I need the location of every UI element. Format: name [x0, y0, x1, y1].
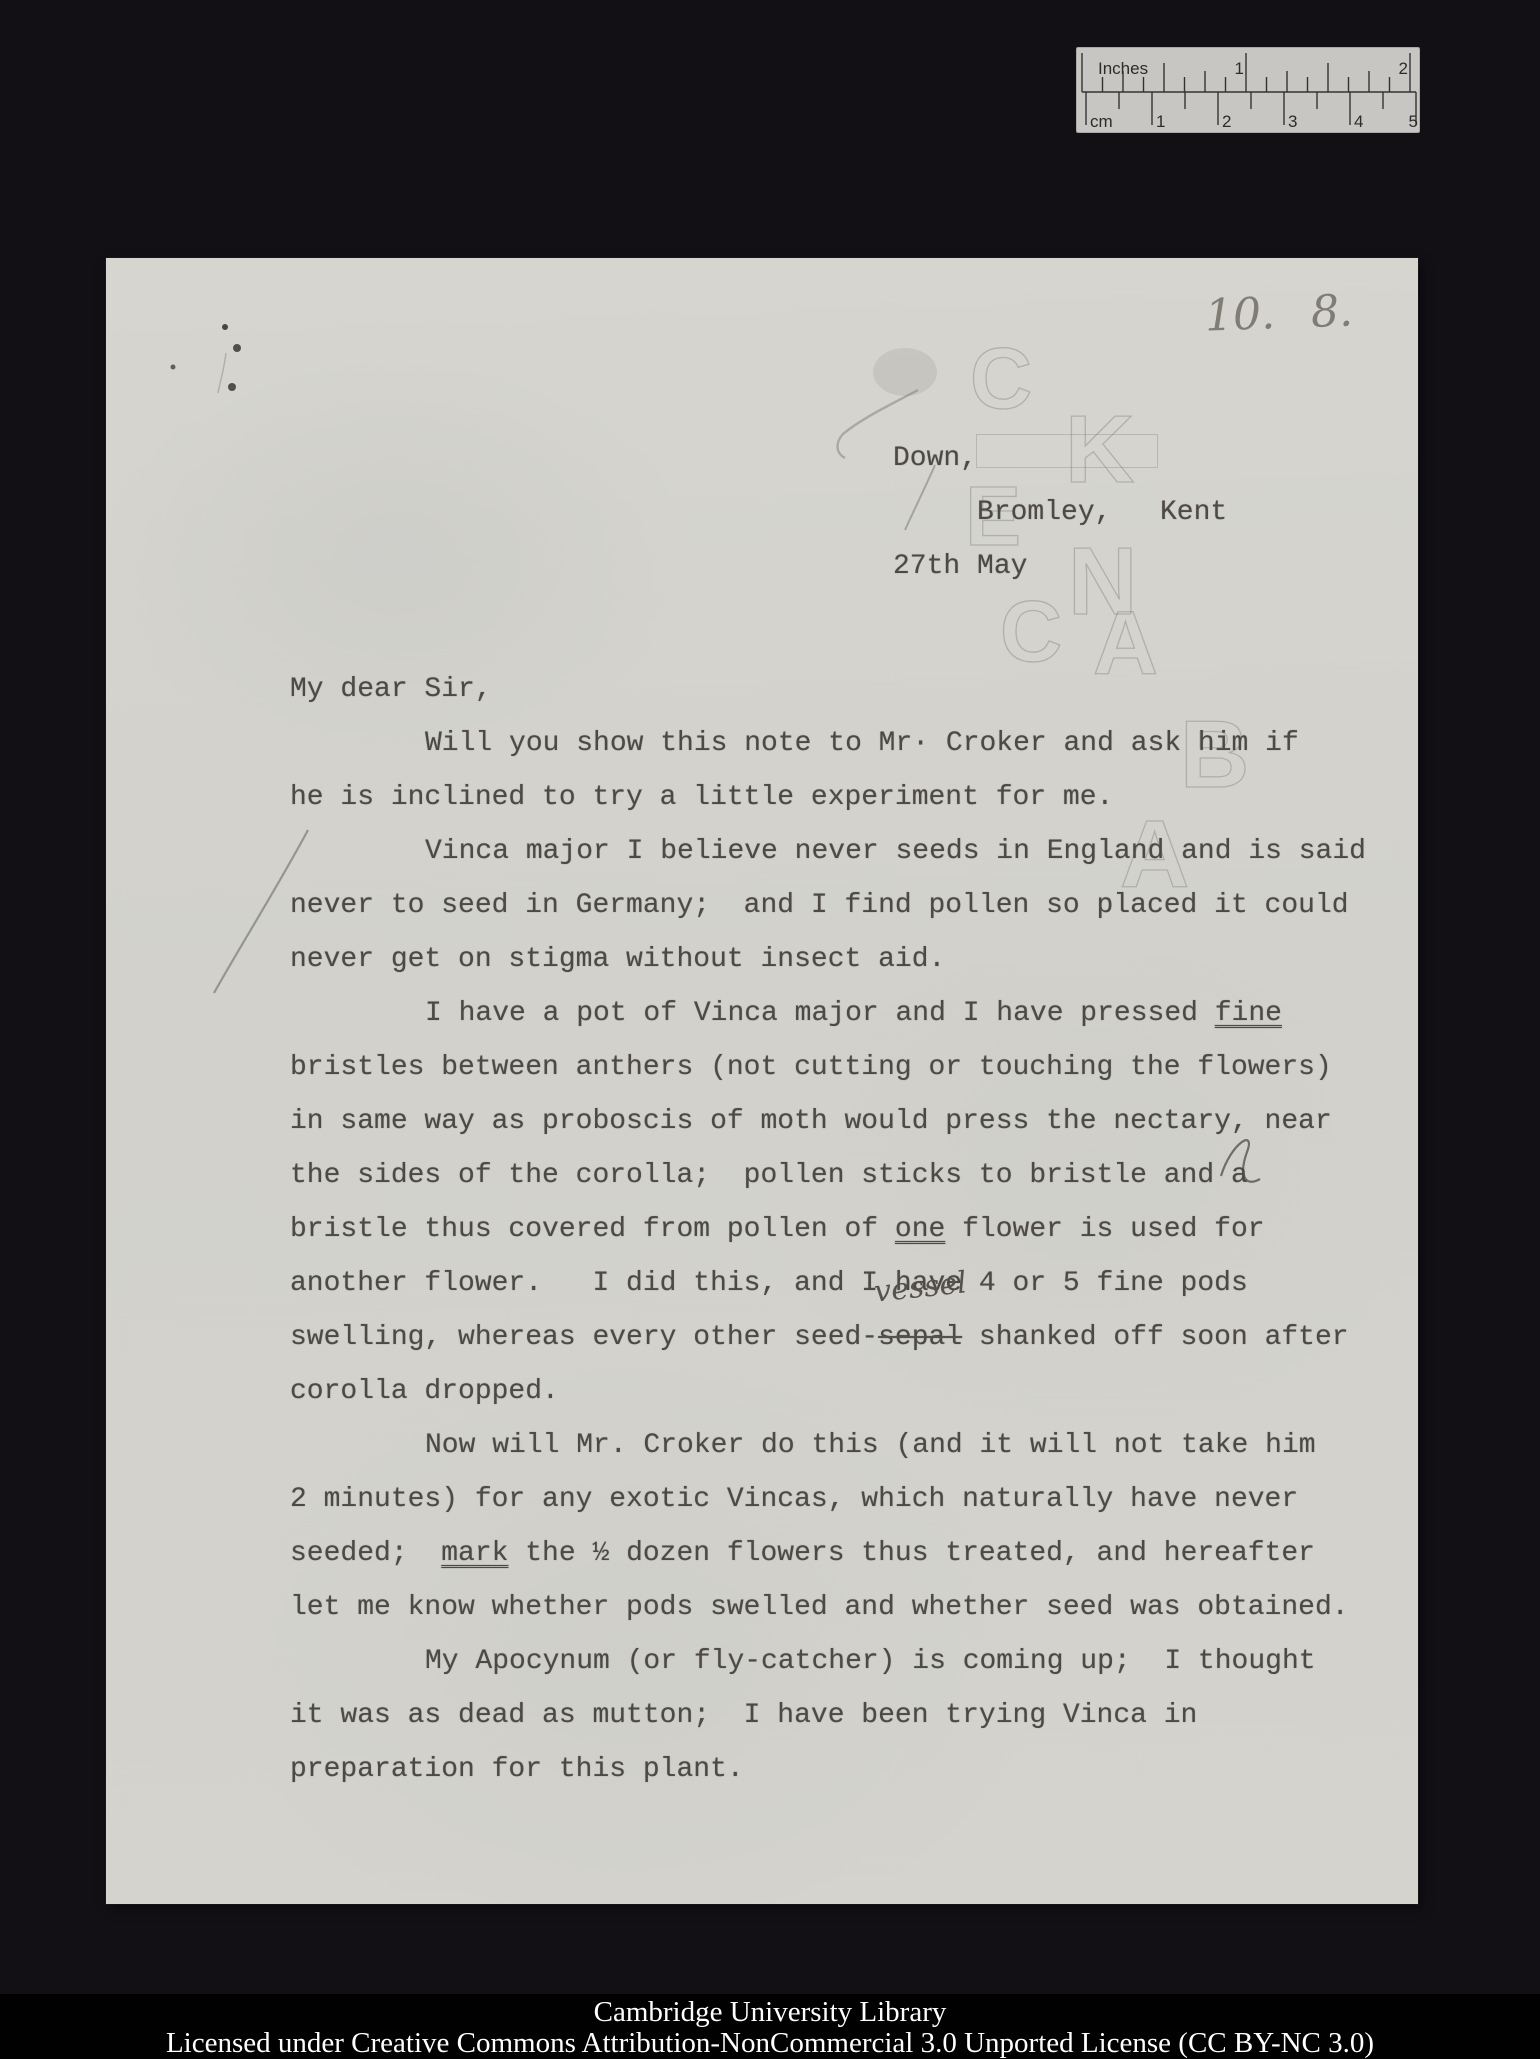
letter-line: Vinca major I believe never seeds in Eng… — [290, 825, 1410, 879]
ink-speck — [233, 344, 241, 352]
letter-line: corolla dropped. — [290, 1365, 1410, 1419]
letter-line: My dear Sir, — [290, 663, 1410, 717]
scanned-letter-page: Inches 1 2 cm 1 2 3 4 5 CKENCABA — [0, 0, 1540, 2059]
letter-line: My Apocynum (or fly-catcher) is coming u… — [290, 1635, 1410, 1689]
ruler-graphic: Inches 1 2 cm 1 2 3 4 5 — [1076, 47, 1420, 133]
ruler-inch-2: 2 — [1399, 59, 1408, 78]
letter-line: swelling, whereas every other seed-sepal… — [290, 1311, 1410, 1365]
pencil-slash-small — [905, 465, 935, 530]
typed-text: let me know whether pods swelled and whe… — [290, 1592, 1349, 1623]
letter-line: it was as dead as mutton; I have been tr… — [290, 1689, 1410, 1743]
letter-line: let me know whether pods swelled and whe… — [290, 1581, 1410, 1635]
typed-text: 2 minutes) for any exotic Vincas, which … — [290, 1484, 1298, 1515]
letter-line: 2 minutes) for any exotic Vincas, which … — [290, 1473, 1410, 1527]
typed-text: it was as dead as mutton; I have been tr… — [290, 1700, 1197, 1731]
attribution-footer: Cambridge University Library Licensed un… — [0, 1994, 1540, 2059]
typed-text: My Apocynum (or fly-catcher) is coming u… — [425, 1646, 1316, 1677]
underlined-word: mark — [441, 1538, 508, 1569]
address-line-bromley: Bromley, — [977, 497, 1111, 528]
typed-text: I have a pot of Vinca major and I have p… — [425, 998, 1215, 1029]
typed-text: another flower. I did this, and I have 4… — [290, 1268, 1248, 1299]
letter-line: never get on stigma without insect aid. — [290, 933, 1410, 987]
letter-line: I have a pot of Vinca major and I have p… — [290, 987, 1410, 1041]
ink-speck — [171, 365, 176, 370]
ink-speck — [228, 383, 236, 391]
typed-text: shanked off soon after — [962, 1322, 1348, 1353]
underlined-word: fine — [1215, 998, 1282, 1029]
address-line-kent: Kent — [1160, 497, 1227, 528]
letter-line: never to seed in Germany; and I find pol… — [290, 879, 1410, 933]
typed-text: never get on stigma without insect aid. — [290, 944, 945, 975]
typed-text: preparation for this plant. — [290, 1754, 744, 1785]
ruler-inch-1: 1 — [1235, 59, 1244, 78]
ruler-cm-1: 1 — [1156, 112, 1165, 131]
typed-text: the sides of the corolla; pollen sticks … — [290, 1160, 1248, 1191]
underlined-word: one — [895, 1214, 945, 1245]
watermark-letter: N — [1068, 527, 1137, 637]
watermark-letter: C — [970, 330, 1032, 429]
letter-line: Will you show this note to Mr· Croker an… — [290, 717, 1410, 771]
typed-text: seeded; — [290, 1538, 441, 1569]
typed-text: Will you show this note to Mr· Croker an… — [425, 728, 1299, 759]
typed-text: in same way as proboscis of moth would p… — [290, 1106, 1332, 1137]
typed-text: Now will Mr. Croker do this (and it will… — [425, 1430, 1316, 1461]
typed-text: My dear Sir, — [290, 674, 492, 705]
library-name: Cambridge University Library — [0, 1996, 1540, 2028]
letter-body: My dear Sir,Will you show this note to M… — [290, 663, 1410, 1797]
typed-text: corolla dropped. — [290, 1376, 559, 1407]
ruler-cm-4: 4 — [1354, 112, 1363, 131]
pencil-smudge — [873, 348, 937, 396]
letter-sheet: CKENCABA 10. 8. Down, Bromley, Kent 27th… — [106, 258, 1418, 1904]
letter-line: Now will Mr. Croker do this (and it will… — [290, 1419, 1410, 1473]
letter-line: bristles between anthers (not cutting or… — [290, 1041, 1410, 1095]
letter-line: preparation for this plant. — [290, 1743, 1410, 1797]
address-line-down: Down, — [893, 443, 977, 474]
ruler-cm-5: 5 — [1409, 112, 1418, 131]
typed-text: he is inclined to try a little experimen… — [290, 782, 1113, 813]
letter-line: in same way as proboscis of moth would p… — [290, 1095, 1410, 1149]
date-line: 27th May — [893, 551, 1027, 582]
typed-text: never to seed in Germany; and I find pol… — [290, 890, 1349, 921]
ink-speck — [222, 324, 228, 330]
ruler-cm-3: 3 — [1288, 112, 1297, 131]
typed-text: bristle thus covered from pollen of — [290, 1214, 895, 1245]
typed-text: Vinca major I believe never seeds in Eng… — [425, 836, 1366, 867]
letter-line: bristle thus covered from pollen of one … — [290, 1203, 1410, 1257]
license-text: Licensed under Creative Commons Attribut… — [0, 2028, 1540, 2058]
letter-line: another flower. I did this, and I have 4… — [290, 1257, 1410, 1311]
watermark-bar — [976, 434, 1158, 468]
typed-text: the ½ dozen flowers thus treated, and he… — [508, 1538, 1315, 1569]
page-annotation: 10. 8. — [1204, 285, 1354, 341]
typed-text: bristles between anthers (not cutting or… — [290, 1052, 1332, 1083]
typed-text: swelling, whereas every other seed- — [290, 1322, 878, 1353]
measurement-ruler: Inches 1 2 cm 1 2 3 4 5 — [1076, 47, 1420, 133]
ruler-inches-label: Inches — [1098, 59, 1148, 78]
letter-line: he is inclined to try a little experimen… — [290, 771, 1410, 825]
ruler-cm-2: 2 — [1222, 112, 1231, 131]
scratch-mark — [218, 353, 226, 393]
watermark-letter: K — [1065, 395, 1134, 505]
ruler-cm-label: cm — [1090, 112, 1113, 131]
letter-line: the sides of the corolla; pollen sticks … — [290, 1149, 1410, 1203]
struck-word: sepal — [878, 1322, 962, 1353]
letter-line: seeded; mark the ½ dozen flowers thus tr… — [290, 1527, 1410, 1581]
typed-text: flower is used for — [945, 1214, 1264, 1245]
